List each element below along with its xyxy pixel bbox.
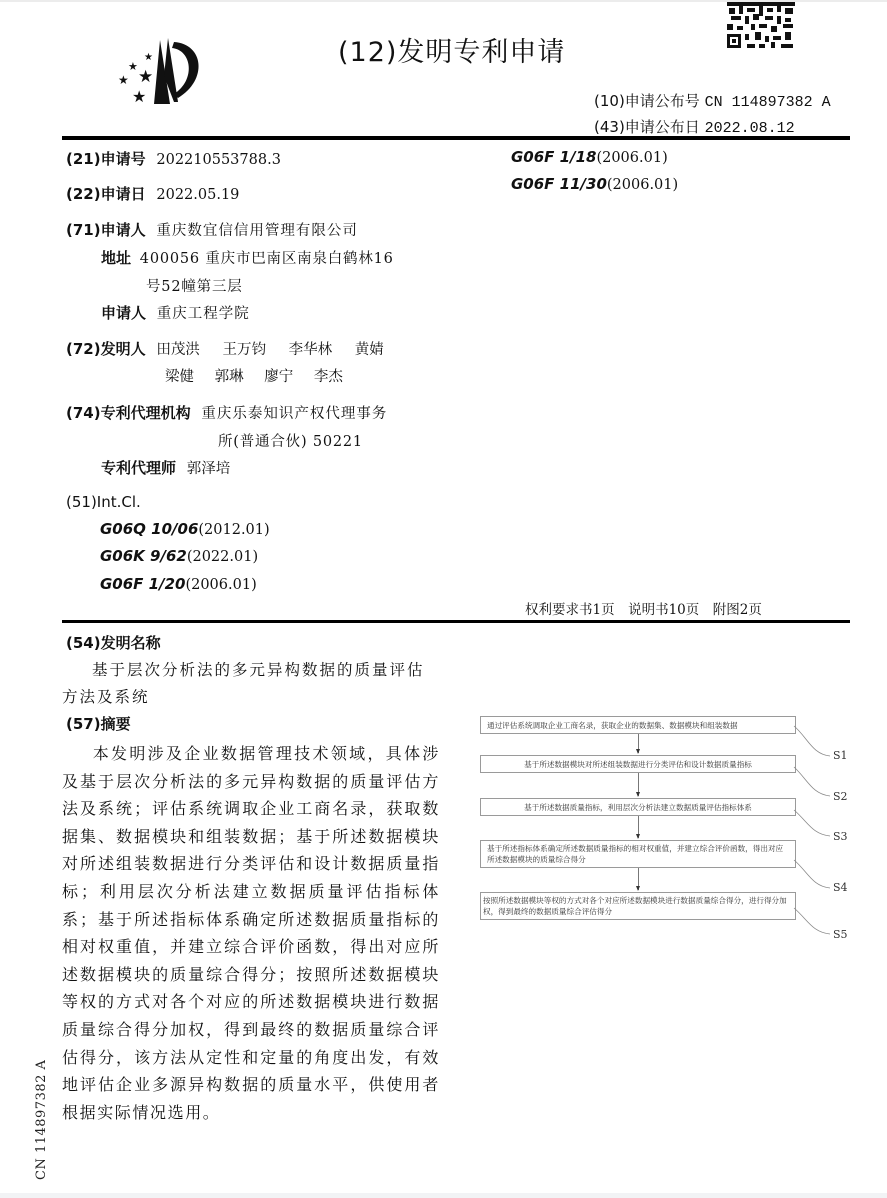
application-number: (21)申请号 202210553788.3: [66, 148, 281, 169]
agency-line2: 所(普通合伙) 50221: [218, 430, 363, 451]
flowchart-step-text: 按照所述数据模块等权的方式对各个对应所述数据模块进行数据质量综合得分，进行得分加…: [483, 895, 793, 917]
int-cl-entry: G06Q 10/06(2012.01): [100, 520, 270, 538]
ipc-date: (2006.01): [185, 577, 256, 593]
application-number-value: 202210553788.3: [156, 152, 281, 168]
applicant: (71)申请人 重庆数宜信信用管理有限公司: [66, 219, 358, 240]
abstract-label: (57)摘要: [66, 713, 131, 734]
inventor-name: 李华林: [289, 342, 333, 358]
flowchart-step-id: S3: [833, 830, 848, 843]
filing-date-label: (22)申请日: [66, 185, 146, 203]
flowchart-step-box: 基于所述指标体系确定所述数据质量指标的相对权重值，并建立综合评价函数，得出对应所…: [480, 840, 796, 868]
header-divider: [62, 136, 850, 140]
svg-text:★: ★: [144, 52, 153, 63]
address-label: 地址: [101, 249, 131, 267]
ipc-code: G06F 1/20: [100, 575, 185, 593]
address-line1: 400056 重庆市巴南区南泉白鹤林16: [140, 251, 394, 267]
invention-title-text: 基于层次分析法的多元异构数据的质量评估方法及系统: [62, 661, 425, 706]
agency-label: (74)专利代理机构: [66, 404, 191, 422]
agency-line1: 重庆乐泰知识产权代理事务: [201, 406, 387, 422]
ipc-code: G06Q 10/06: [100, 520, 198, 538]
flowchart-step-box: 通过评估系统调取企业工商名录，获取企业的数据集、数据模块和组装数据: [480, 716, 796, 734]
flowchart-step-text: 通过评估系统调取企业工商名录，获取企业的数据集、数据模块和组装数据: [487, 720, 738, 731]
patent-agency: (74)专利代理机构 重庆乐泰知识产权代理事务: [66, 402, 387, 423]
ipc-date: (2012.01): [198, 522, 269, 538]
int-cl-entry: G06F 1/20(2006.01): [100, 575, 257, 593]
filing-date-value: 2022.05.19: [156, 187, 239, 203]
flowchart-step-text: 基于所述指标体系确定所述数据质量指标的相对权重值，并建立综合评价函数，得出对应所…: [487, 843, 789, 865]
patent-agent: 专利代理师 郭泽培: [101, 457, 230, 478]
applicant2-value: 重庆工程学院: [157, 306, 250, 322]
application-number-label: (21)申请号: [66, 150, 146, 168]
publication-date-value: 2022.08.12: [705, 120, 795, 137]
address-line2: 号52幢第三层: [146, 275, 243, 296]
flowchart-leader-lines: [790, 720, 860, 945]
ipc-date: (2006.01): [607, 177, 678, 193]
flowchart-step-id: S2: [833, 790, 848, 803]
applicant-2: 申请人 重庆工程学院: [101, 302, 250, 323]
cnipa-logo-icon: ★ ★ ★ ★ ★: [108, 36, 218, 106]
flowchart-step-box: 按照所述数据模块等权的方式对各个对应所述数据模块进行数据质量综合得分，进行得分加…: [480, 892, 796, 920]
inventor-name: 王万钧: [222, 342, 266, 358]
ipc-code: G06F 11/30: [511, 175, 607, 193]
agent-value: 郭泽培: [187, 461, 231, 477]
int-cl-entry-right: G06F 11/30(2006.01): [511, 175, 678, 193]
inventor-name: 黄婧: [355, 342, 384, 358]
inventors-label: (72)发明人: [66, 340, 146, 358]
publication-number: (10)申请公布号 CN 114897382 A: [594, 90, 831, 111]
flowchart-step-id: S4: [833, 881, 848, 894]
arrow-down-icon: [638, 816, 639, 838]
flowchart-step-id: S5: [833, 928, 848, 941]
arrow-down-icon: [638, 734, 639, 753]
publication-date: (43)申请公布日 2022.08.12: [594, 116, 795, 137]
flowchart-step-id: S1: [833, 749, 848, 762]
ipc-code: G06K 9/62: [100, 547, 187, 565]
agent-label: 专利代理师: [101, 459, 176, 477]
flowchart-step-text: 基于所述数据质量指标，利用层次分析法建立数据质量评估指标体系: [524, 802, 752, 813]
svg-text:★: ★: [138, 67, 153, 87]
inventor-name: 廖宁: [264, 369, 293, 385]
inventors-line1: 田茂洪 王万钧 李华林 黄婧: [156, 338, 416, 359]
document-type-title: (12)发明专利申请: [338, 30, 565, 69]
address: 地址 400056 重庆市巴南区南泉白鹤林16: [101, 247, 394, 268]
abstract-text: 本发明涉及企业数据管理技术领域，具体涉及基于层次分析法的多元异构数据的质量评估方…: [62, 740, 440, 1126]
inventor-name: 梁健: [165, 369, 194, 385]
publication-number-value: CN 114897382 A: [705, 94, 831, 111]
side-publication-number: CN 114897382 A: [34, 1060, 49, 1180]
applicant-label: (71)申请人: [66, 221, 146, 239]
inventors: (72)发明人 田茂洪 王万钧 李华林 黄婧: [66, 338, 416, 359]
arrow-down-icon: [638, 773, 639, 796]
page-counts: 权利要求书1页 说明书10页 附图2页: [525, 598, 762, 618]
ipc-date: (2006.01): [596, 150, 667, 166]
publication-date-label: (43)申请公布日: [594, 118, 700, 136]
invention-title-label: (54)发明名称: [66, 632, 161, 653]
int-cl-label: (51)Int.Cl.: [66, 493, 141, 511]
inventor-name: 郭琳: [215, 369, 244, 385]
publication-number-label: (10)申请公布号: [594, 92, 700, 110]
svg-text:★: ★: [132, 87, 146, 106]
applicant2-label: 申请人: [101, 304, 146, 322]
flowchart-step-box: 基于所述数据模块对所述组装数据进行分类评估和设计数据质量指标: [480, 755, 796, 773]
int-cl-entry-right: G06F 1/18(2006.01): [511, 148, 668, 166]
inventor-name: 李杰: [314, 369, 343, 385]
bottom-band: [0, 1193, 887, 1198]
inventor-name: 田茂洪: [156, 342, 200, 358]
ipc-code: G06F 1/18: [511, 148, 596, 166]
applicant-value: 重庆数宜信信用管理有限公司: [156, 223, 358, 239]
ipc-date: (2022.01): [187, 549, 258, 565]
svg-text:★: ★: [118, 73, 129, 87]
section-divider: [62, 620, 850, 623]
flowchart-step-text: 基于所述数据模块对所述组装数据进行分类评估和设计数据质量指标: [524, 759, 752, 770]
invention-title: 基于层次分析法的多元异构数据的质量评估方法及系统: [62, 657, 440, 711]
filing-date: (22)申请日 2022.05.19: [66, 183, 239, 204]
svg-text:★: ★: [128, 60, 138, 73]
int-cl-entry: G06K 9/62(2022.01): [100, 547, 258, 565]
inventors-line2: 梁健 郭琳 廖宁 李杰: [165, 365, 343, 386]
qr-code-icon: [727, 2, 795, 50]
abstract-body: 本发明涉及企业数据管理技术领域，具体涉及基于层次分析法的多元异构数据的质量评估方…: [62, 744, 440, 1122]
flowchart-step-box: 基于所述数据质量指标，利用层次分析法建立数据质量评估指标体系: [480, 798, 796, 816]
arrow-down-icon: [638, 868, 639, 890]
